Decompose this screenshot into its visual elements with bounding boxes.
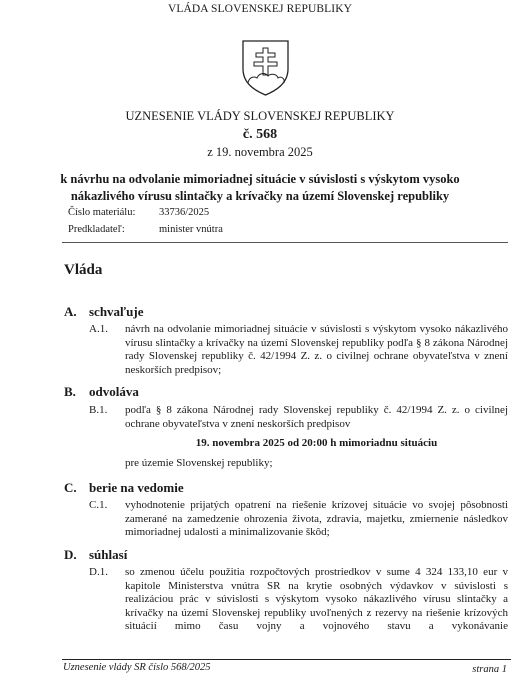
item-text: so zmenou účelu použitia rozpočtových pr…: [125, 566, 508, 634]
footer-divider: [62, 659, 511, 660]
government-name: VLÁDA SLOVENSKEJ REPUBLIKY: [0, 3, 520, 15]
item-number: C.1.: [89, 499, 107, 513]
resolution-title: UZNESENIE VLÁDY SLOVENSKEJ REPUBLIKY: [0, 109, 520, 124]
subject-line-2: nákazlivého vírusu slintačky a krívačky …: [0, 188, 520, 205]
submitter-value: minister vnútra: [159, 224, 223, 235]
item-b1-continuation: pre územie Slovenskej republiky;: [125, 457, 273, 469]
item-text: návrh na odvolanie mimoriadnej situácie …: [125, 323, 508, 377]
header-divider: [62, 242, 508, 243]
item-number: D.1.: [89, 566, 108, 580]
item-text: vyhodnotenie prijatých opatrení na rieše…: [125, 499, 508, 540]
section-letter: C.: [64, 480, 77, 496]
submitter-label: Predkladateľ:: [68, 224, 125, 235]
footer-page-number: strana 1: [472, 664, 507, 675]
section-letter: A.: [64, 304, 77, 320]
footer-document-reference: Uznesenie vlády SR číslo 568/2025: [63, 662, 211, 673]
resolution-number: č. 568: [0, 127, 520, 143]
section-verb: súhlasí: [89, 547, 127, 563]
section-verb: odvoláva: [89, 384, 139, 400]
item-number: B.1.: [89, 404, 107, 418]
section-letter: B.: [64, 384, 76, 400]
slovak-coat-of-arms-icon: [241, 39, 290, 97]
section-letter: D.: [64, 547, 77, 563]
material-number-value: 33736/2025: [159, 207, 209, 218]
material-number-label: Číslo materiálu:: [68, 207, 135, 218]
item-text: podľa § 8 zákona Národnej rady Slovenske…: [125, 404, 508, 431]
item-number: A.1.: [89, 323, 108, 337]
resolution-intro: Vláda: [64, 262, 102, 279]
section-verb: schvaľuje: [89, 304, 143, 320]
subject-line-1: k návrhu na odvolanie mimoriadnej situác…: [0, 171, 520, 188]
resolution-subject: k návrhu na odvolanie mimoriadnej situác…: [0, 171, 520, 205]
section-verb: berie na vedomie: [89, 480, 184, 496]
item-b1-emphasis: 19. novembra 2025 od 20:00 h mimoriadnu …: [125, 437, 508, 449]
resolution-date: z 19. novembra 2025: [0, 145, 520, 160]
